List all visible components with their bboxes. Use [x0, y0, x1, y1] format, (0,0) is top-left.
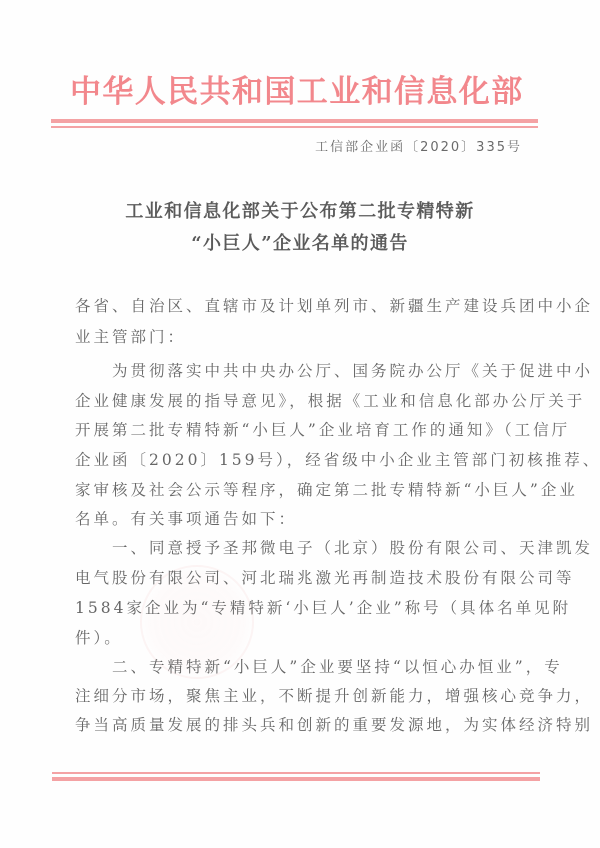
document-title-line-1: 工业和信息化部关于公布第二批专精特新 — [0, 200, 600, 224]
body-line-9: 一、同意授予圣邦微电子（北京）股份有限公司、天津凯发 — [112, 538, 562, 558]
body-line-5: 开展第二批专精特新“小巨人”企业培育工作的通知》（工信厅 — [75, 420, 525, 440]
footer-rule-thick — [52, 777, 540, 781]
body-line-8: 名单。有关事项通告如下： — [75, 509, 525, 529]
document-page: 中华人民共和国工业和信息化部 工信部企业函〔2020〕335号 工业和信息化部关… — [0, 0, 600, 848]
body-line-4: 企业健康发展的指导意见》，根据《工业和信息化部办公厅关于 — [75, 391, 525, 411]
header-rule-thin — [51, 126, 538, 128]
body-line-11: 1584家企业为“专精特新‘小巨人’企业”称号（具体名单见附 — [75, 598, 525, 618]
footer-rule-thin — [52, 772, 540, 774]
body-line-6: 企业函〔2020〕159号），经省级中小企业主管部门初核推荐、专 — [75, 450, 525, 470]
body-line-7: 家审核及社会公示等程序，确定第二批专精特新“小巨人”企业 — [75, 480, 525, 500]
body-line-15: 争当高质量发展的排头兵和创新的重要发源地，为实体经济特别 — [75, 715, 525, 735]
issuer-header: 中华人民共和国工业和信息化部 — [70, 72, 520, 112]
body-line-10: 电气股份有限公司、河北瑞兆激光再制造技术股份有限公司等 — [75, 568, 525, 588]
body-line-3: 为贯彻落实中共中央办公厅、国务院办公厅《关于促进中小 — [112, 361, 562, 381]
body-line-14: 注细分市场，聚焦主业，不断提升创新能力，增强核心竞争力， — [75, 686, 525, 706]
body-line-addressee-2: 业主管部门： — [75, 327, 525, 347]
body-line-13: 二、专精特新“小巨人”企业要坚持“以恒心办恒业”，专 — [112, 657, 562, 677]
document-number: 工信部企业函〔2020〕335号 — [315, 138, 522, 158]
body-line-12: 件）。 — [75, 628, 525, 648]
body-line-addressee-1: 各省、自治区、直辖市及计划单列市、新疆生产建设兵团中小企 — [75, 296, 525, 316]
header-rule-thick — [51, 119, 538, 123]
document-title-line-2: “小巨人”企业名单的通告 — [0, 232, 600, 256]
